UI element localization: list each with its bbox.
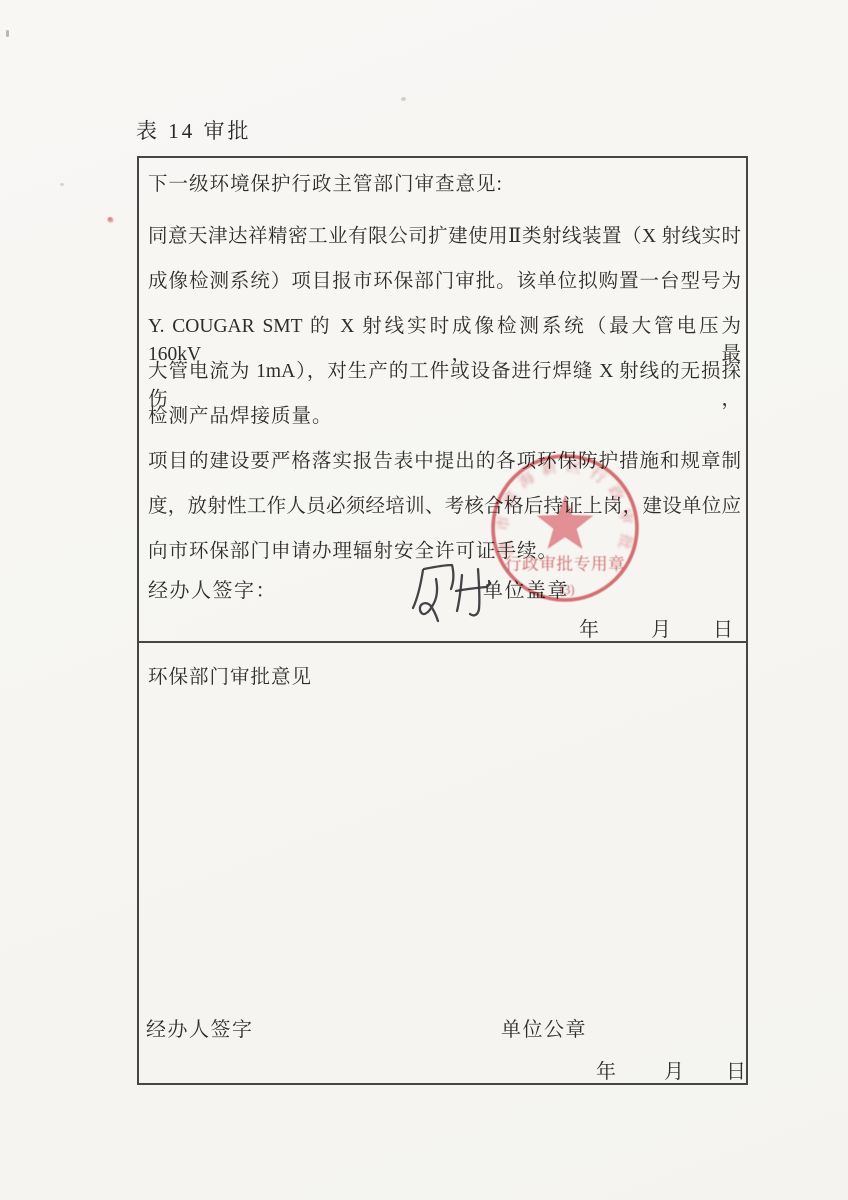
review-opinion-cell: 下一级环境保护行政主管部门审查意见: 同意天津达祥精密工业有限公司扩建使用Ⅱ类射… <box>139 158 746 643</box>
scan-speck <box>60 183 64 186</box>
handwritten-signature <box>394 553 504 633</box>
scanned-document-page: 表 14 审批 下一级环境保护行政主管部门审查意见: 同意天津达祥精密工业有限公… <box>0 0 848 1200</box>
page-title: 表 14 审批 <box>136 115 252 145</box>
review-date-year: 年 <box>579 613 599 642</box>
review-paragraph1-line: 成像检测系统）项目报市环保部门审批。该单位拟购置一台型号为 <box>148 265 741 293</box>
approval-opinion-cell: 环保部门审批意见 经办人签字 单位公章 年 月 日 <box>139 645 746 1083</box>
scan-speck <box>401 97 406 101</box>
scan-speck <box>6 30 9 37</box>
review-signer-label: 经办人签字： <box>148 574 277 603</box>
review-paragraph2-line: 项目的建设要严格落实报告表中提出的各项环保防护措施和规章制 <box>148 445 741 473</box>
approval-date-month: 月 <box>664 1055 684 1084</box>
approval-seal-label: 单位公章 <box>501 1013 587 1042</box>
review-date-month: 月 <box>651 613 671 642</box>
approval-date-year: 年 <box>596 1055 616 1084</box>
red-ink-speck <box>106 216 115 224</box>
review-paragraph1-line: 同意天津达祥精密工业有限公司扩建使用Ⅱ类射线装置（X 射线实时 <box>148 220 741 248</box>
review-paragraph1-line: 检测产品焊接质量。 <box>148 400 741 428</box>
approval-date-day: 日 <box>726 1055 746 1084</box>
approval-signer-label: 经办人签字 <box>146 1013 254 1042</box>
review-paragraph2-line: 度，放射性工作人员必须经培训、考核合格后持证上岗，建设单位应 <box>148 490 741 518</box>
review-date-day: 日 <box>713 613 733 642</box>
review-header: 下一级环境保护行政主管部门审查意见: <box>148 168 741 196</box>
approval-table: 下一级环境保护行政主管部门审查意见: 同意天津达祥精密工业有限公司扩建使用Ⅱ类射… <box>137 156 748 1085</box>
approval-header: 环保部门审批意见 <box>148 661 741 689</box>
